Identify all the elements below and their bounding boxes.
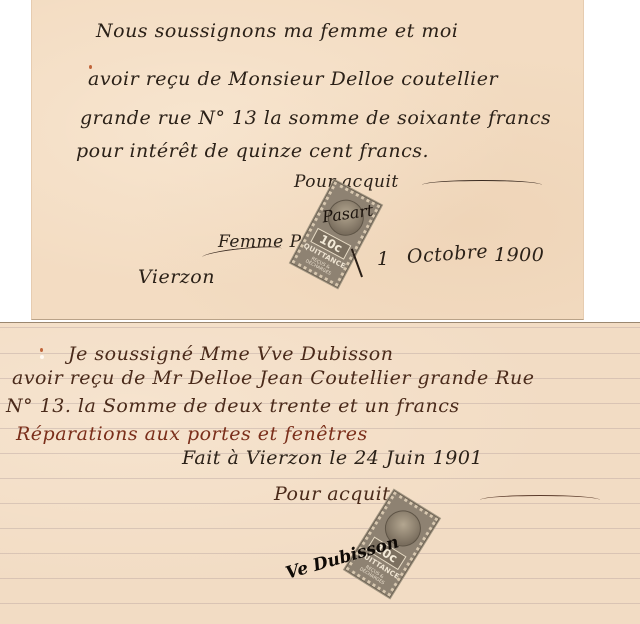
date-day: 1: [377, 248, 390, 270]
letter-line-1: Je soussigné Mme Vve Dubisson: [68, 343, 393, 365]
receipt-1900: Nous soussignons ma femme et moi avoir r…: [31, 0, 584, 320]
place-date: Fait à Vierzon le 24 Juin 1901: [182, 447, 483, 469]
receipt-1901: Je soussigné Mme Vve Dubisson avoir reçu…: [0, 322, 640, 624]
date-month: Octobre: [406, 240, 489, 268]
paper-blemish: [40, 348, 43, 352]
letter-line-2: avoir reçu de Monsieur Delloe coutellier: [88, 68, 498, 90]
letter-line-1: Nous soussignons ma femme et moi: [96, 20, 458, 42]
letter-line-2: avoir reçu de Mr Delloe Jean Coutellier …: [12, 367, 535, 389]
paper-blemish: [40, 355, 44, 359]
letter-line-4: pour intérêt de quinze cent francs.: [76, 140, 429, 162]
date-year: 1900: [494, 244, 544, 266]
closing-pour-acquit: Pour acquit: [274, 483, 390, 505]
letter-line-3: N° 13. la Somme de deux trente et un fra…: [6, 395, 460, 417]
letter-line-3: grande rue N° 13 la somme de soixante fr…: [80, 107, 551, 129]
place-name: Vierzon: [138, 266, 215, 288]
closing-flourish: [480, 495, 600, 505]
closing-flourish: [422, 180, 542, 190]
letter-line-4: Réparations aux portes et fenêtres: [16, 423, 368, 445]
